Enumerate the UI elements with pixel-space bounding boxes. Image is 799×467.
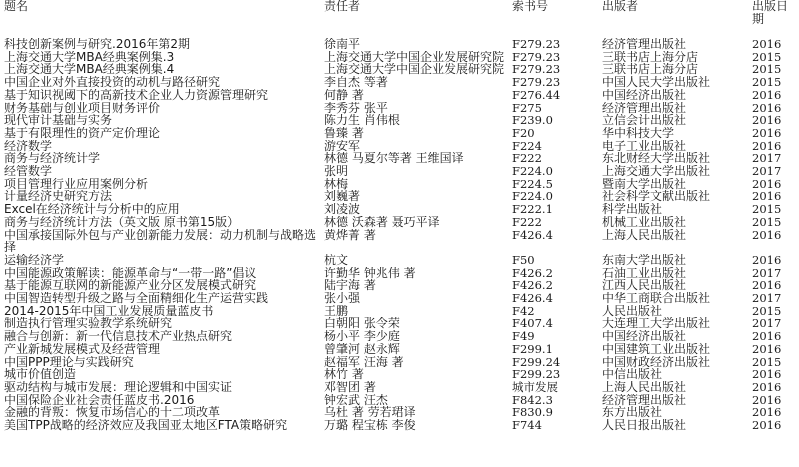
header-author: 责任者 bbox=[320, 0, 508, 38]
cell-title: 中国能源政策解读：能源革命与“一带一路”倡议 bbox=[0, 267, 320, 280]
cell-author: 游安军 bbox=[320, 140, 508, 153]
cell-call-number: F830.9 bbox=[508, 406, 598, 419]
cell-title: 商务与经济统计学 bbox=[0, 152, 320, 165]
header-title: 题名 bbox=[0, 0, 320, 38]
cell-title: 财务基础与创业项目财务评价 bbox=[0, 102, 320, 115]
cell-publisher: 人民出版社 bbox=[598, 305, 748, 318]
table-row: 经管数学张明F224.0上海交通大学出版社2017 bbox=[0, 165, 799, 178]
cell-author: 刘凌波 bbox=[320, 203, 508, 216]
cell-call-number: F279.23 bbox=[508, 38, 598, 51]
cell-author: 黄烨菁 著 bbox=[320, 229, 508, 254]
cell-call-number: F224.0 bbox=[508, 165, 598, 178]
cell-title: 计量经济史研究方法 bbox=[0, 190, 320, 203]
cell-title: 产业新城发展模式及经营管理 bbox=[0, 343, 320, 356]
cell-title: 上海交通大学MBA经典案例集.3 bbox=[0, 51, 320, 64]
cell-title: 商务与经济统计方法（英文版 原书第15版） bbox=[0, 216, 320, 229]
cell-title: 中国保险企业社会责任蓝皮书.2016 bbox=[0, 394, 320, 407]
cell-title: 经济数学 bbox=[0, 140, 320, 153]
cell-author: 徐南平 bbox=[320, 38, 508, 51]
book-list-table: 题名 责任者 索书号 出版者 出版日期 科技创新案例与研究.2016年第2期徐南… bbox=[0, 0, 799, 432]
cell-author: 林竹 著 bbox=[320, 368, 508, 381]
cell-date: 2016 bbox=[748, 419, 799, 432]
cell-call-number: F842.3 bbox=[508, 394, 598, 407]
table-row: 项目管理行业应用案例分析林梅F224.5暨南大学出版社2016 bbox=[0, 178, 799, 191]
cell-date: 2016 bbox=[748, 178, 799, 191]
header-row: 题名 责任者 索书号 出版者 出版日期 bbox=[0, 0, 799, 38]
cell-title: 基于有限理性的资产定价理论 bbox=[0, 127, 320, 140]
cell-publisher: 社会科学文献出版社 bbox=[598, 190, 748, 203]
cell-publisher: 机械工业出版社 bbox=[598, 216, 748, 229]
cell-call-number: F299.23 bbox=[508, 368, 598, 381]
cell-author: 李秀芬 张平 bbox=[320, 102, 508, 115]
table-row: 驱动结构与城市发展：理论逻辑和中国实证邓智团 著城市发展上海人民出版社2016 bbox=[0, 381, 799, 394]
table-row: 财务基础与创业项目财务评价李秀芬 张平F275经济管理出版社2016 bbox=[0, 102, 799, 115]
cell-publisher: 大连理工大学出版社 bbox=[598, 317, 748, 330]
cell-publisher: 中国建筑工业出版社 bbox=[598, 343, 748, 356]
cell-date: 2016 bbox=[748, 102, 799, 115]
table-row: 中国承接国际外包与产业创新能力发展：动力机制与战略选择黄烨菁 著F426.4上海… bbox=[0, 229, 799, 254]
cell-publisher: 中国人民大学出版社 bbox=[598, 76, 748, 89]
cell-title: 项目管理行业应用案例分析 bbox=[0, 178, 320, 191]
cell-date: 2017 bbox=[748, 165, 799, 178]
cell-author: 乌杜 著 劳若珺译 bbox=[320, 406, 508, 419]
table-row: 基于能源互联网的新能源产业分区发展模式研究陆宇海 著F426.2江西人民出版社2… bbox=[0, 279, 799, 292]
cell-author: 李自杰 等著 bbox=[320, 76, 508, 89]
cell-title: 科技创新案例与研究.2016年第2期 bbox=[0, 38, 320, 51]
cell-date: 2016 bbox=[748, 279, 799, 292]
cell-date: 2017 bbox=[748, 292, 799, 305]
cell-author: 曾肇河 赵永辉 bbox=[320, 343, 508, 356]
cell-author: 赵福军 汪海 著 bbox=[320, 356, 508, 369]
cell-author: 陈力生 肖伟根 bbox=[320, 114, 508, 127]
cell-publisher: 中华工商联合出版社 bbox=[598, 292, 748, 305]
cell-author: 钟宏武 汪杰 bbox=[320, 394, 508, 407]
cell-date: 2016 bbox=[748, 394, 799, 407]
header-date: 出版日期 bbox=[748, 0, 799, 38]
cell-author: 邓智团 著 bbox=[320, 381, 508, 394]
cell-publisher: 东北财经大学出版社 bbox=[598, 152, 748, 165]
cell-publisher: 暨南大学出版社 bbox=[598, 178, 748, 191]
header-publisher: 出版者 bbox=[598, 0, 748, 38]
cell-date: 2016 bbox=[748, 343, 799, 356]
cell-publisher: 上海交通大学出版社 bbox=[598, 165, 748, 178]
cell-date: 2015 bbox=[748, 51, 799, 64]
cell-date: 2016 bbox=[748, 330, 799, 343]
cell-publisher: 东南大学出版社 bbox=[598, 254, 748, 267]
table-row: 产业新城发展模式及经营管理曾肇河 赵永辉F299.1中国建筑工业出版社2016 bbox=[0, 343, 799, 356]
cell-title: 2014-2015年中国工业发展质量蓝皮书 bbox=[0, 305, 320, 318]
table-row: 经济数学游安军F224电子工业出版社2016 bbox=[0, 140, 799, 153]
cell-title: 中国承接国际外包与产业创新能力发展：动力机制与战略选择 bbox=[0, 229, 320, 254]
cell-title: 现代审计基础与实务 bbox=[0, 114, 320, 127]
cell-author: 上海交通大学中国企业发展研究院 bbox=[320, 51, 508, 64]
cell-call-number: F224 bbox=[508, 140, 598, 153]
table-row: 现代审计基础与实务陈力生 肖伟根F239.0立信会计出版社2016 bbox=[0, 114, 799, 127]
cell-date: 2016 bbox=[748, 38, 799, 51]
cell-publisher: 三联书店上海分店 bbox=[598, 51, 748, 64]
cell-call-number: F426.4 bbox=[508, 229, 598, 254]
cell-publisher: 经济管理出版社 bbox=[598, 38, 748, 51]
table-header: 题名 责任者 索书号 出版者 出版日期 bbox=[0, 0, 799, 38]
cell-date: 2015 bbox=[748, 305, 799, 318]
cell-author: 王鹏 bbox=[320, 305, 508, 318]
cell-call-number: F239.0 bbox=[508, 114, 598, 127]
cell-title: 中国PPP理论与实践研究 bbox=[0, 356, 320, 369]
cell-call-number: F49 bbox=[508, 330, 598, 343]
cell-call-number: F222 bbox=[508, 152, 598, 165]
cell-publisher: 上海人民出版社 bbox=[598, 381, 748, 394]
table-row: 中国保险企业社会责任蓝皮书.2016钟宏武 汪杰F842.3经济管理出版社201… bbox=[0, 394, 799, 407]
cell-date: 2016 bbox=[748, 114, 799, 127]
cell-call-number: F279.23 bbox=[508, 51, 598, 64]
table-row: 运输经济学杭文F50东南大学出版社2016 bbox=[0, 254, 799, 267]
table-row: 金融的背叛：恢复市场信心的十二项改革乌杜 著 劳若珺译F830.9东方出版社20… bbox=[0, 406, 799, 419]
cell-title: 上海交通大学MBA经典案例集.4 bbox=[0, 63, 320, 76]
cell-publisher: 经济管理出版社 bbox=[598, 394, 748, 407]
cell-date: 2015 bbox=[748, 216, 799, 229]
table-row: 融合与创新：新一代信息技术产业热点研究杨小平 李少庭F49中国经济出版社2016 bbox=[0, 330, 799, 343]
cell-author: 白朝阳 张令荣 bbox=[320, 317, 508, 330]
cell-call-number: F426.2 bbox=[508, 267, 598, 280]
cell-publisher: 中信出版社 bbox=[598, 368, 748, 381]
cell-author: 万璐 程宝栋 李俊 bbox=[320, 419, 508, 432]
cell-publisher: 经济管理出版社 bbox=[598, 102, 748, 115]
cell-date: 2016 bbox=[748, 406, 799, 419]
cell-title: 驱动结构与城市发展：理论逻辑和中国实证 bbox=[0, 381, 320, 394]
cell-publisher: 科学出版社 bbox=[598, 203, 748, 216]
cell-title: 中国企业对外直接投资的动机与路径研究 bbox=[0, 76, 320, 89]
cell-call-number: F279.23 bbox=[508, 76, 598, 89]
cell-title: 城市价值创造 bbox=[0, 368, 320, 381]
table-row: 中国PPP理论与实践研究赵福军 汪海 著F299.24中国财政经济出版社2015 bbox=[0, 356, 799, 369]
table-row: 基于有限理性的资产定价理论鲁臻 著F20华中科技大学2016 bbox=[0, 127, 799, 140]
cell-author: 张小强 bbox=[320, 292, 508, 305]
cell-title: Excel在经济统计与分析中的应用 bbox=[0, 203, 320, 216]
cell-title: 制造执行管理实验教学系统研究 bbox=[0, 317, 320, 330]
cell-date: 2016 bbox=[748, 368, 799, 381]
cell-call-number: 城市发展 bbox=[508, 381, 598, 394]
cell-publisher: 上海人民出版社 bbox=[598, 229, 748, 254]
cell-author: 鲁臻 著 bbox=[320, 127, 508, 140]
cell-publisher: 人民日报出版社 bbox=[598, 419, 748, 432]
cell-publisher: 中国经济出版社 bbox=[598, 330, 748, 343]
cell-author: 陆宇海 著 bbox=[320, 279, 508, 292]
cell-date: 2015 bbox=[748, 63, 799, 76]
cell-author: 许勤华 钟兆伟 著 bbox=[320, 267, 508, 280]
cell-date: 2016 bbox=[748, 89, 799, 102]
cell-title: 融合与创新：新一代信息技术产业热点研究 bbox=[0, 330, 320, 343]
cell-date: 2017 bbox=[748, 317, 799, 330]
cell-date: 2016 bbox=[748, 254, 799, 267]
cell-call-number: F224.5 bbox=[508, 178, 598, 191]
cell-author: 林梅 bbox=[320, 178, 508, 191]
table-row: Excel在经济统计与分析中的应用刘凌波F222.1科学出版社2015 bbox=[0, 203, 799, 216]
table-row: 基于知识视阈下的高新技术企业人力资源管理研究何静 著F276.44中国经济出版社… bbox=[0, 89, 799, 102]
cell-title: 基于知识视阈下的高新技术企业人力资源管理研究 bbox=[0, 89, 320, 102]
cell-call-number: F426.4 bbox=[508, 292, 598, 305]
cell-call-number: F407.4 bbox=[508, 317, 598, 330]
cell-call-number: F222 bbox=[508, 216, 598, 229]
cell-publisher: 江西人民出版社 bbox=[598, 279, 748, 292]
cell-call-number: F50 bbox=[508, 254, 598, 267]
cell-call-number: F42 bbox=[508, 305, 598, 318]
table-row: 科技创新案例与研究.2016年第2期徐南平F279.23经济管理出版社2016 bbox=[0, 38, 799, 51]
table-row: 中国企业对外直接投资的动机与路径研究李自杰 等著F279.23中国人民大学出版社… bbox=[0, 76, 799, 89]
table-row: 计量经济史研究方法刘巍著F224.0社会科学文献出版社2016 bbox=[0, 190, 799, 203]
cell-publisher: 电子工业出版社 bbox=[598, 140, 748, 153]
cell-call-number: F426.2 bbox=[508, 279, 598, 292]
cell-date: 2015 bbox=[748, 76, 799, 89]
cell-date: 2015 bbox=[748, 203, 799, 216]
table-row: 美国TPP战略的经济效应及我国亚太地区FTA策略研究万璐 程宝栋 李俊F744人… bbox=[0, 419, 799, 432]
cell-author: 刘巍著 bbox=[320, 190, 508, 203]
cell-date: 2017 bbox=[748, 152, 799, 165]
cell-title: 基于能源互联网的新能源产业分区发展模式研究 bbox=[0, 279, 320, 292]
cell-author: 林德 马夏尔等著 王维国译 bbox=[320, 152, 508, 165]
cell-author: 上海交通大学中国企业发展研究院 bbox=[320, 63, 508, 76]
cell-author: 杨小平 李少庭 bbox=[320, 330, 508, 343]
cell-call-number: F279.23 bbox=[508, 63, 598, 76]
cell-date: 2016 bbox=[748, 229, 799, 254]
cell-publisher: 中国财政经济出版社 bbox=[598, 356, 748, 369]
cell-call-number: F744 bbox=[508, 419, 598, 432]
table-body: 科技创新案例与研究.2016年第2期徐南平F279.23经济管理出版社2016上… bbox=[0, 38, 799, 432]
cell-author: 何静 著 bbox=[320, 89, 508, 102]
table-row: 上海交通大学MBA经典案例集.4上海交通大学中国企业发展研究院F279.23三联… bbox=[0, 63, 799, 76]
cell-publisher: 中国经济出版社 bbox=[598, 89, 748, 102]
cell-publisher: 东方出版社 bbox=[598, 406, 748, 419]
cell-publisher: 华中科技大学 bbox=[598, 127, 748, 140]
cell-title: 运输经济学 bbox=[0, 254, 320, 267]
cell-date: 2016 bbox=[748, 190, 799, 203]
table-row: 2014-2015年中国工业发展质量蓝皮书王鹏F42人民出版社2015 bbox=[0, 305, 799, 318]
table-row: 商务与经济统计方法（英文版 原书第15版）林德 沃森著 聂巧平译F222机械工业… bbox=[0, 216, 799, 229]
table-row: 中国智造转型升级之路与全面精细化生产运营实践张小强F426.4中华工商联合出版社… bbox=[0, 292, 799, 305]
cell-call-number: F276.44 bbox=[508, 89, 598, 102]
cell-call-number: F299.24 bbox=[508, 356, 598, 369]
cell-title: 经管数学 bbox=[0, 165, 320, 178]
cell-publisher: 三联书店上海分店 bbox=[598, 63, 748, 76]
cell-author: 林德 沃森著 聂巧平译 bbox=[320, 216, 508, 229]
cell-title: 美国TPP战略的经济效应及我国亚太地区FTA策略研究 bbox=[0, 419, 320, 432]
cell-date: 2015 bbox=[748, 356, 799, 369]
cell-title: 中国智造转型升级之路与全面精细化生产运营实践 bbox=[0, 292, 320, 305]
table-row: 制造执行管理实验教学系统研究白朝阳 张令荣F407.4大连理工大学出版社2017 bbox=[0, 317, 799, 330]
cell-author: 杭文 bbox=[320, 254, 508, 267]
cell-author: 张明 bbox=[320, 165, 508, 178]
cell-date: 2016 bbox=[748, 140, 799, 153]
table-row: 上海交通大学MBA经典案例集.3上海交通大学中国企业发展研究院F279.23三联… bbox=[0, 51, 799, 64]
cell-date: 2017 bbox=[748, 267, 799, 280]
cell-date: 2016 bbox=[748, 127, 799, 140]
cell-publisher: 立信会计出版社 bbox=[598, 114, 748, 127]
cell-call-number: F224.0 bbox=[508, 190, 598, 203]
header-call-number: 索书号 bbox=[508, 0, 598, 38]
table-row: 中国能源政策解读：能源革命与“一带一路”倡议许勤华 钟兆伟 著F426.2石油工… bbox=[0, 267, 799, 280]
cell-date: 2016 bbox=[748, 381, 799, 394]
cell-call-number: F299.1 bbox=[508, 343, 598, 356]
cell-call-number: F20 bbox=[508, 127, 598, 140]
table-row: 商务与经济统计学林德 马夏尔等著 王维国译F222东北财经大学出版社2017 bbox=[0, 152, 799, 165]
table-row: 城市价值创造林竹 著F299.23中信出版社2016 bbox=[0, 368, 799, 381]
cell-title: 金融的背叛：恢复市场信心的十二项改革 bbox=[0, 406, 320, 419]
cell-call-number: F222.1 bbox=[508, 203, 598, 216]
cell-publisher: 石油工业出版社 bbox=[598, 267, 748, 280]
cell-call-number: F275 bbox=[508, 102, 598, 115]
